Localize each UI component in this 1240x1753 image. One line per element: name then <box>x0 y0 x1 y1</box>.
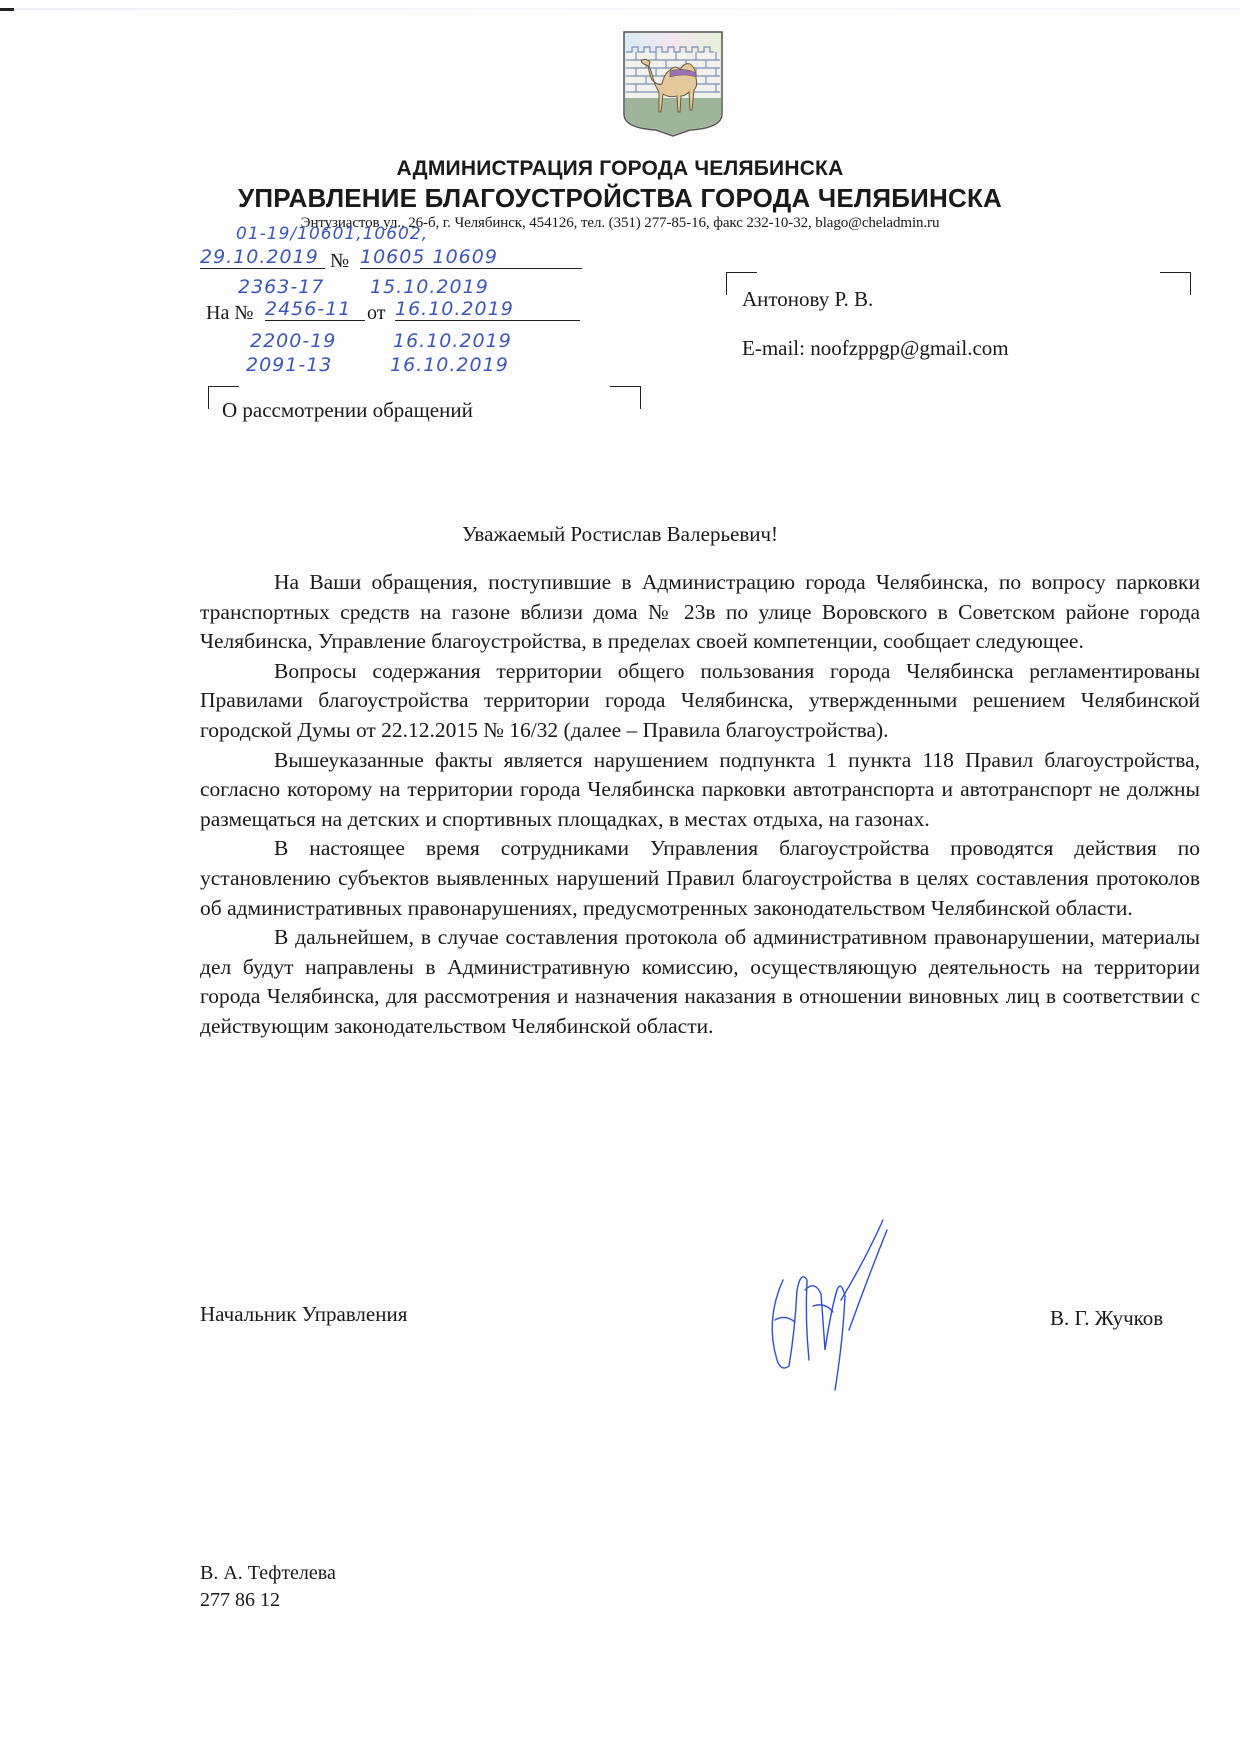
handwritten-signature-icon <box>755 1210 955 1410</box>
scan-edge <box>0 8 1240 10</box>
letter-body: На Ваши обращения, поступившие в Админис… <box>200 568 1200 1042</box>
ref-num-2: 2200-19 <box>250 330 336 352</box>
org-name-line2: УПРАВЛЕНИЕ БЛАГОУСТРОЙСТВА ГОРОДА ЧЕЛЯБИ… <box>0 183 1240 214</box>
signatory-name: В. Г. Жучков <box>1050 1306 1163 1331</box>
addressee-name: Антонову Р. В. <box>742 287 873 312</box>
ref-date-3: 16.10.2019 <box>390 354 509 376</box>
from-label: от <box>367 302 385 325</box>
paragraph: В дальнейшем, в случае составления прото… <box>200 923 1200 1041</box>
executor-block: В. А. Тефтелева 277 86 12 <box>200 1560 336 1614</box>
ref-num-0: 2363-17 <box>238 276 324 298</box>
coat-of-arms-icon <box>620 28 726 140</box>
salutation: Уважаемый Ростислав Валерьевич! <box>0 522 1240 547</box>
subject-corner-right <box>610 386 641 409</box>
executor-name: В. А. Тефтелева <box>200 1560 336 1587</box>
subject-line: О рассмотрении обращений <box>222 398 473 423</box>
ref-num-3: 2091-13 <box>246 354 332 376</box>
paragraph: На Ваши обращения, поступившие в Админис… <box>200 568 1200 657</box>
reg-number-line1: 01-19/10601,10602, <box>236 224 428 244</box>
org-address: Энтузиастов ул., 26-б, г. Челябинск, 454… <box>0 215 1240 232</box>
paragraph: Вопросы содержания территории общего пол… <box>200 657 1200 746</box>
addressee-corner-right <box>1160 272 1191 295</box>
reg-number-line2: 10605 10609 <box>360 246 582 269</box>
ref-date-2: 16.10.2019 <box>393 330 512 352</box>
scan-mark <box>0 8 14 11</box>
ref-date-1: 16.10.2019 <box>395 298 580 321</box>
reply-to-label: На № <box>206 302 253 325</box>
org-name-line1: АДМИНИСТРАЦИЯ ГОРОДА ЧЕЛЯБИНСКА <box>0 157 1240 181</box>
paragraph: В настоящее время сотрудниками Управлени… <box>200 834 1200 923</box>
addressee-email: E-mail: noofzppgp@gmail.com <box>742 336 1009 361</box>
reg-number-label: № <box>330 250 349 273</box>
ref-date-0: 15.10.2019 <box>370 276 489 298</box>
reg-date: 29.10.2019 <box>200 246 325 269</box>
executor-phone: 277 86 12 <box>200 1587 336 1614</box>
paragraph: Вышеуказанные факты является нарушением … <box>200 746 1200 835</box>
signatory-title: Начальник Управления <box>200 1302 407 1327</box>
ref-num-1: 2456-11 <box>265 298 365 321</box>
